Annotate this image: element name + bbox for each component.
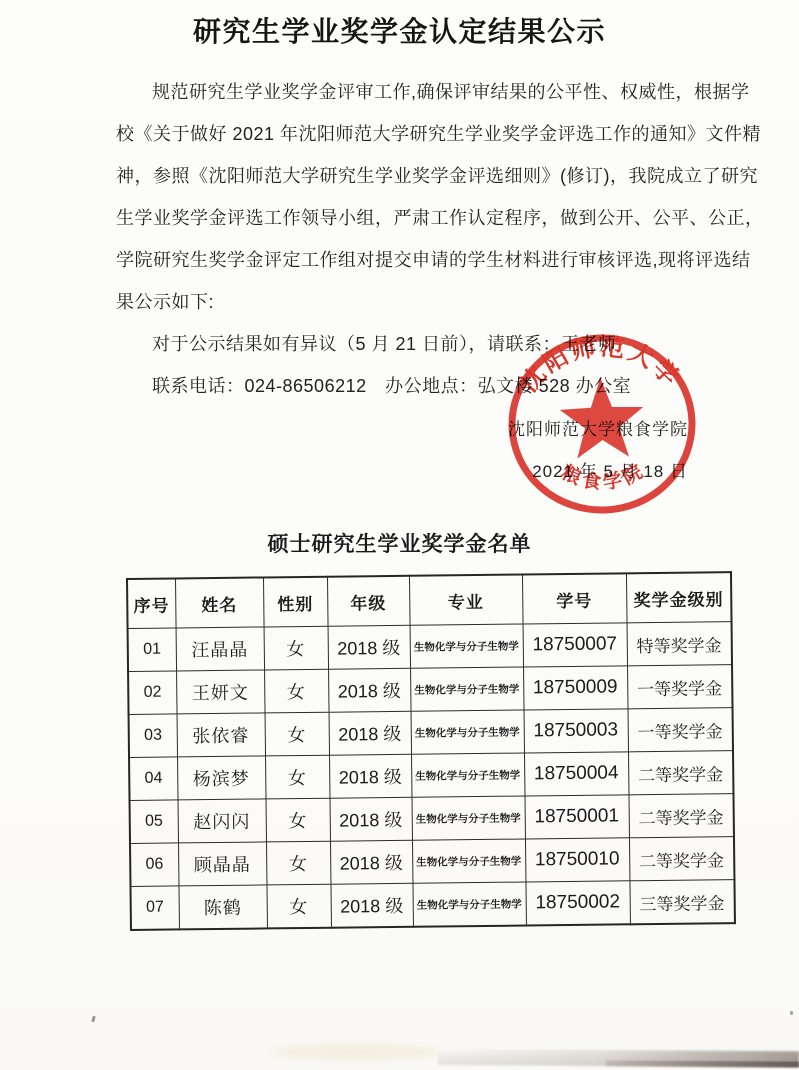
cell-index: 06 bbox=[130, 843, 178, 887]
cell-name: 汪晶晶 bbox=[176, 627, 264, 671]
cell-student-id: 18750002 bbox=[525, 881, 629, 926]
body-line: 果公示如下: bbox=[116, 281, 688, 323]
cell-grade: 2018 级 bbox=[330, 840, 412, 884]
cell-gender: 女 bbox=[265, 712, 329, 756]
cell-gender: 女 bbox=[266, 884, 330, 928]
cell-name: 顾晶晶 bbox=[178, 842, 266, 886]
col-header-index: 序号 bbox=[127, 578, 176, 628]
cell-index: 04 bbox=[129, 757, 177, 801]
cell-student-id: 18750001 bbox=[524, 795, 628, 839]
cell-name: 赵闪闪 bbox=[178, 799, 266, 843]
cell-major: 生物化学与分子生物学 bbox=[412, 839, 525, 883]
cell-name: 陈鹤 bbox=[178, 885, 266, 929]
table-row: 01 汪晶晶 女 2018 级 生物化学与分子生物学 18750007 特等奖学… bbox=[128, 622, 732, 672]
table-row: 05 赵闪闪 女 2018 级 生物化学与分子生物学 18750001 二等奖学… bbox=[130, 794, 734, 844]
cell-student-id: 18750007 bbox=[523, 623, 627, 667]
table-title: 硕士研究生学业奖学金名单 bbox=[0, 528, 799, 558]
cell-grade: 2018 级 bbox=[329, 754, 411, 798]
cell-gender: 女 bbox=[265, 755, 329, 799]
cell-name: 杨滨梦 bbox=[177, 756, 265, 800]
scanned-page: 研究生学业奖学金认定结果公示 规范研究生学业奖学金评审工作,确保评审结果的公平性… bbox=[0, 0, 799, 1070]
body-line: 神，参照《沈阳师范大学研究生学业奖学金评选细则》(修订)，我院成立了研究 bbox=[116, 155, 688, 197]
cell-index: 07 bbox=[130, 886, 178, 930]
cell-award-level: 二等奖学金 bbox=[628, 751, 733, 795]
table-row: 06 顾晶晶 女 2018 级 生物化学与分子生物学 18750010 二等奖学… bbox=[130, 837, 734, 887]
seal-bottom-text: 粮食学院 bbox=[557, 458, 650, 496]
cell-award-level: 一等奖学金 bbox=[628, 708, 733, 752]
cell-gender: 女 bbox=[264, 669, 328, 713]
cell-grade: 2018 级 bbox=[330, 797, 412, 841]
body-line: 学院研究生奖学金评定工作组对提交申请的学生材料进行审核评选,现将评选结 bbox=[116, 239, 688, 281]
cell-grade: 2018 级 bbox=[329, 711, 411, 755]
cell-major: 生物化学与分子生物学 bbox=[411, 753, 524, 797]
table-header-row: 序号 姓名 性别 年级 专业 学号 奖学金级别 bbox=[127, 572, 732, 628]
cell-student-id: 18750004 bbox=[524, 752, 628, 796]
cell-grade: 2018 级 bbox=[330, 883, 412, 927]
scholarship-table: 序号 姓名 性别 年级 专业 学号 奖学金级别 01 汪晶晶 女 2018 级 … bbox=[126, 571, 740, 931]
cell-index: 05 bbox=[130, 800, 178, 844]
cell-index: 02 bbox=[128, 671, 176, 715]
cell-name: 王妍文 bbox=[176, 670, 264, 714]
official-seal: 沈阳师范大学 粮食学院 bbox=[499, 323, 706, 526]
cell-award-level: 二等奖学金 bbox=[629, 837, 734, 881]
body-paragraph: 规范研究生学业奖学金评审工作,确保评审结果的公平性、权威性，根据学 校《关于做好… bbox=[116, 71, 688, 323]
cell-major: 生物化学与分子生物学 bbox=[411, 710, 524, 754]
seal-star-icon bbox=[559, 377, 645, 459]
col-header-name: 姓名 bbox=[175, 577, 264, 627]
cell-major: 生物化学与分子生物学 bbox=[410, 624, 523, 668]
table-row: 04 杨滨梦 女 2018 级 生物化学与分子生物学 18750004 二等奖学… bbox=[129, 751, 733, 801]
cell-grade: 2018 级 bbox=[328, 625, 410, 669]
cell-major: 生物化学与分子生物学 bbox=[410, 667, 523, 711]
col-header-grade: 年级 bbox=[327, 576, 410, 626]
svg-text:粮食学院: 粮食学院 bbox=[557, 458, 650, 496]
cell-gender: 女 bbox=[266, 841, 330, 885]
col-header-major: 专业 bbox=[409, 575, 523, 626]
cell-index: 01 bbox=[128, 628, 176, 672]
col-header-award-level: 奖学金级别 bbox=[626, 572, 732, 623]
body-line: 校《关于做好 2021 年沈阳师范大学研究生学业奖学金评选工作的通知》文件精 bbox=[116, 113, 688, 155]
col-header-gender: 性别 bbox=[263, 577, 328, 627]
table-row: 03 张依睿 女 2018 级 生物化学与分子生物学 18750003 一等奖学… bbox=[129, 708, 733, 758]
cell-award-level: 三等奖学金 bbox=[629, 880, 734, 925]
cell-name: 张依睿 bbox=[177, 713, 265, 757]
cell-award-level: 二等奖学金 bbox=[628, 794, 733, 838]
cell-major: 生物化学与分子生物学 bbox=[412, 882, 525, 927]
scan-stain bbox=[270, 1044, 440, 1060]
cell-index: 03 bbox=[129, 714, 177, 758]
body-line: 规范研究生学业奖学金评审工作,确保评审结果的公平性、权威性，根据学 bbox=[116, 71, 688, 113]
cell-award-level: 一等奖学金 bbox=[627, 665, 732, 709]
cell-award-level: 特等奖学金 bbox=[627, 622, 732, 666]
cell-gender: 女 bbox=[264, 626, 328, 670]
scan-speck bbox=[790, 1011, 793, 1015]
body-line: 生学业奖学金评选工作领导小组，严肃工作认定程序，做到公开、公平、公正， bbox=[116, 197, 688, 239]
cell-student-id: 18750010 bbox=[525, 838, 629, 882]
cell-grade: 2018 级 bbox=[328, 668, 410, 712]
table-row: 07 陈鹤 女 2018 级 生物化学与分子生物学 18750002 三等奖学金 bbox=[130, 880, 734, 930]
table-row: 02 王妍文 女 2018 级 生物化学与分子生物学 18750009 一等奖学… bbox=[128, 665, 732, 715]
cell-student-id: 18750003 bbox=[524, 709, 628, 753]
cell-major: 生物化学与分子生物学 bbox=[412, 796, 525, 840]
document-title: 研究生学业奖学金认定结果公示 bbox=[0, 10, 799, 50]
scan-edge-line bbox=[606, 1060, 799, 1067]
cell-student-id: 18750009 bbox=[523, 666, 627, 710]
col-header-student-id: 学号 bbox=[522, 573, 627, 624]
scan-speck bbox=[91, 1016, 96, 1023]
cell-gender: 女 bbox=[266, 798, 330, 842]
